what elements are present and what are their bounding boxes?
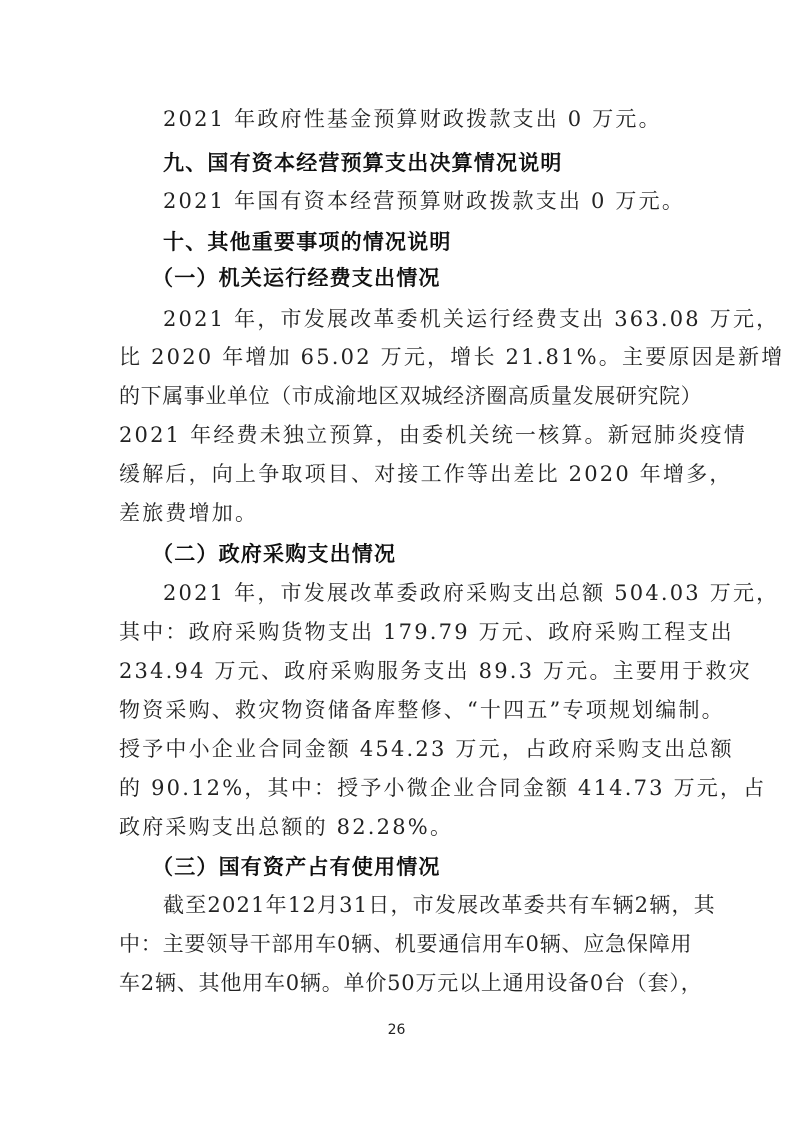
paragraph-line: 2021 年国有资本经营预算财政拨款支出 0 万元。 xyxy=(163,187,723,215)
section-heading-10: 十、其他重要事项的情况说明 xyxy=(163,228,723,256)
paragraph-line: 物资采购、救灾物资储备库整修、“十四五”专项规划编制。 xyxy=(119,696,679,724)
document-page: 2021 年政府性基金预算财政拨款支出 0 万元。 九、国有资本经营预算支出决算… xyxy=(0,0,793,1122)
subsection-heading-1: （一）机关运行经费支出情况 xyxy=(152,264,712,292)
paragraph-line: 2021 年政府性基金预算财政拨款支出 0 万元。 xyxy=(163,105,723,133)
paragraph-line: 2021 年，市发展改革委机关运行经费支出 363.08 万元， xyxy=(163,305,723,333)
page-number: 26 xyxy=(0,1022,793,1038)
subsection-heading-3: （三）国有资产占有使用情况 xyxy=(152,853,712,881)
paragraph-line: 车2辆、其他用车0辆。单价50万元以上通用设备0台（套）， xyxy=(119,969,679,997)
paragraph-line: 的 90.12%，其中：授予小微企业合同金额 414.73 万元，占 xyxy=(119,774,679,802)
paragraph-line: 缓解后，向上争取项目、对接工作等出差比 2020 年增多， xyxy=(119,460,679,488)
paragraph-line: 截至2021年12月31日，市发展改革委共有车辆2辆，其 xyxy=(163,891,723,919)
section-heading-9: 九、国有资本经营预算支出决算情况说明 xyxy=(163,149,723,177)
paragraph-line: 2021 年经费未独立预算，由委机关统一核算。新冠肺炎疫情 xyxy=(119,421,679,449)
paragraph-line: 差旅费增加。 xyxy=(119,499,679,527)
paragraph-line: 其中：政府采购货物支出 179.79 万元、政府采购工程支出 xyxy=(119,618,679,646)
paragraph-line: 2021 年，市发展改革委政府采购支出总额 504.03 万元， xyxy=(163,579,723,607)
paragraph-line: 政府采购支出总额的 82.28%。 xyxy=(119,813,679,841)
paragraph-line: 的下属事业单位（市成渝地区双城经济圈高质量发展研究院） xyxy=(119,382,679,410)
paragraph-line: 比 2020 年增加 65.02 万元，增长 21.81%。主要原因是新增 xyxy=(119,343,679,371)
subsection-heading-2: （二）政府采购支出情况 xyxy=(152,540,712,568)
paragraph-line: 234.94 万元、政府采购服务支出 89.3 万元。主要用于救灾 xyxy=(119,657,679,685)
paragraph-line: 授予中小企业合同金额 454.23 万元，占政府采购支出总额 xyxy=(119,735,679,763)
paragraph-line: 中：主要领导干部用车0辆、机要通信用车0辆、应急保障用 xyxy=(119,930,679,958)
